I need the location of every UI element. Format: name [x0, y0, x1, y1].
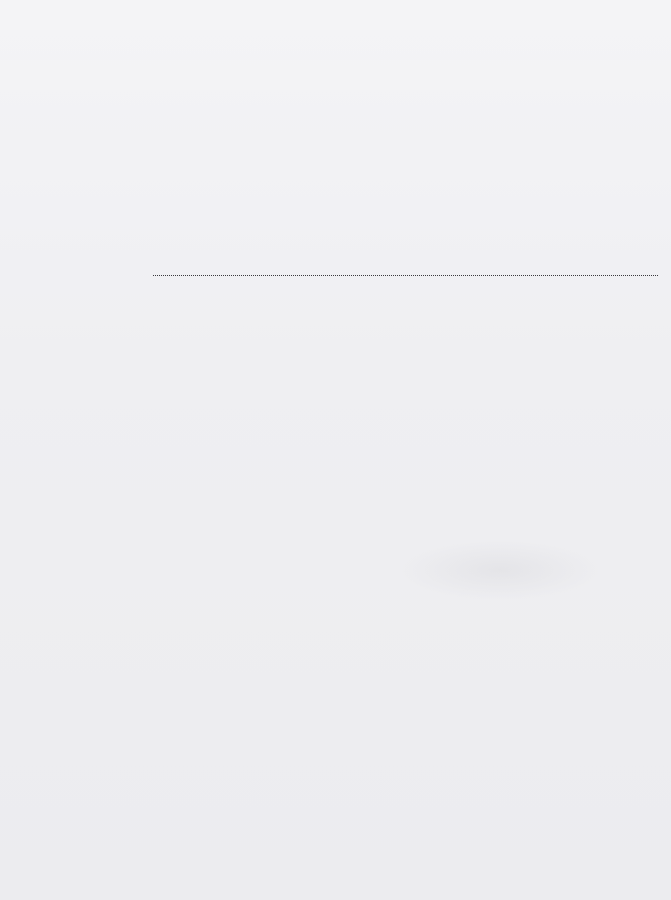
- dot-leader: [153, 266, 658, 276]
- bleed-through-shadow: [400, 540, 600, 600]
- chapter-6-entry[interactable]: [152, 266, 659, 276]
- toc-page: [0, 0, 671, 900]
